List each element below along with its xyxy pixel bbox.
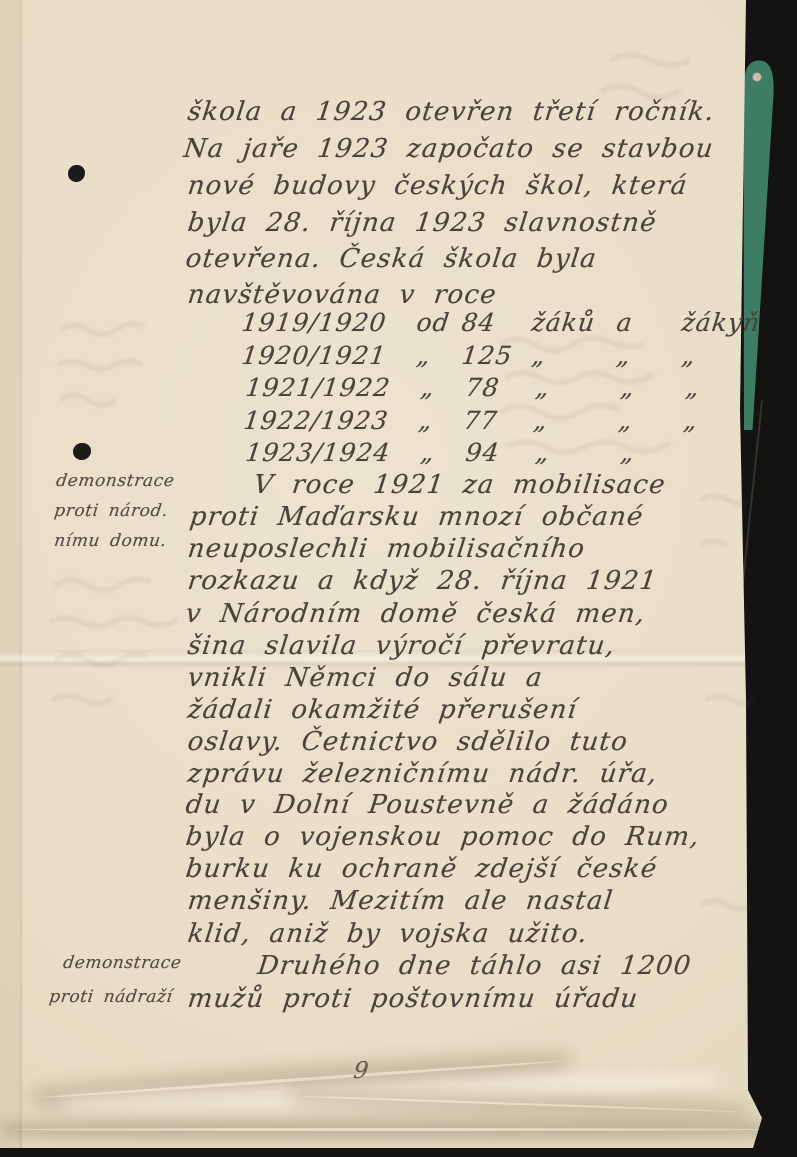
manuscript-page: škola a 1923 otevřen třetí ročník. Na ja… [0,0,797,1157]
attendance-mark: „ [619,438,688,467]
text-line: Na jaře 1923 započato se stavbou [182,134,716,164]
attendance-count: 77 [462,406,536,435]
attendance-mark [684,438,768,467]
text-line: v Národním domě česká men, [184,599,647,629]
attendance-mark: „ [680,341,764,370]
text-line: škola a 1923 otevřen třetí ročník. [186,97,717,127]
attendance-od: „ [419,373,468,402]
attendance-mark: „ [534,373,623,402]
attendance-year: 1919/1920 [240,308,419,337]
attendance-mark: „ [682,406,766,435]
attendance-year: 1920/1921 [240,341,419,370]
margin-note-line: nímu domu. [53,531,168,551]
text-line: rozkazu a když 28. října 1921 [186,566,659,596]
text-line: oslavy. Četnictvo sdělilo tuto [186,727,630,757]
margin-note-line: demonstrace [62,953,183,973]
text-line: šina slavila výročí převratu, [186,631,617,661]
attendance-od: „ [417,406,466,435]
text-line: otevřena. Česká škola byla [184,244,599,274]
attendance-year: 1922/1923 [242,406,421,435]
attendance-mark: žáků [530,308,619,337]
attendance-count: 125 [460,341,534,370]
text-line: navštěvována v roce [186,280,499,310]
page-fold-edge [0,0,20,1148]
page-number: 9 [352,1058,370,1084]
margin-note-line: demonstrace [55,471,176,491]
attendance-mark: „ [684,373,768,402]
text-line: V roce 1921 za mobilisace [252,470,668,500]
attendance-year: 1923/1924 [244,438,423,467]
fold-line [20,0,23,1148]
text-line: mužů proti poštovnímu úřadu [186,984,640,1014]
attendance-od: „ [419,438,468,467]
text-line: byla 28. října 1923 slavnostně [186,208,659,238]
text-line: žádali okamžité přerušení [186,695,579,725]
text-line: proti Maďarsku mnozí občané [188,502,645,532]
attendance-mark: žákyň [680,308,764,337]
text-line: vnikli Němci do sálu a [186,663,545,693]
text-line: menšiny. Mezitím ale nastal [186,886,615,916]
text-line: nové budovy českých škol, která [186,171,689,201]
ribbon-grommet-icon [753,73,762,82]
attendance-row: 1921/1922 „ 78 „ „ „ [244,373,768,402]
text-line: zprávu železničnímu nádr. úřa, [186,759,659,789]
attendance-mark: „ [615,341,684,370]
attendance-count: 78 [464,373,538,402]
text-line: byla o vojenskou pomoc do Rum, [184,822,702,852]
text-line: du v Dolní Poustevně a žádáno [184,790,671,820]
attendance-row: 1919/1920 od 84 žáků a žákyň [240,308,764,337]
crumple-shadow [300,1095,740,1112]
attendance-mark: „ [530,341,619,370]
attendance-mark: „ [617,406,686,435]
attendance-count: 84 [460,308,534,337]
attendance-od: od [415,308,464,337]
attendance-mark: „ [534,438,623,467]
attendance-count: 94 [464,438,538,467]
crumple-shadow [10,1128,770,1131]
attendance-od: „ [415,341,464,370]
margin-note-line: proti národ. [53,501,169,521]
margin-note-line: proti nádraží [48,987,174,1007]
attendance-mark: a [615,308,684,337]
attendance-row: 1922/1923 „ 77 „ „ „ [242,406,766,435]
text-line: neuposlechli mobilisačního [186,534,587,564]
attendance-row: 1923/1924 „ 94 „ „ [244,438,768,467]
attendance-mark: „ [532,406,621,435]
crumple-highlight [70,1079,710,1105]
attendance-year: 1921/1922 [244,373,423,402]
attendance-mark: „ [619,373,688,402]
attendance-row: 1920/1921 „ 125 „ „ „ [240,341,764,370]
text-line: klid, aniž by vojska užito. [186,919,590,949]
text-line: Druhého dne táhlo asi 1200 [256,951,693,981]
text-line: burku ku ochraně zdejší české [184,854,659,884]
